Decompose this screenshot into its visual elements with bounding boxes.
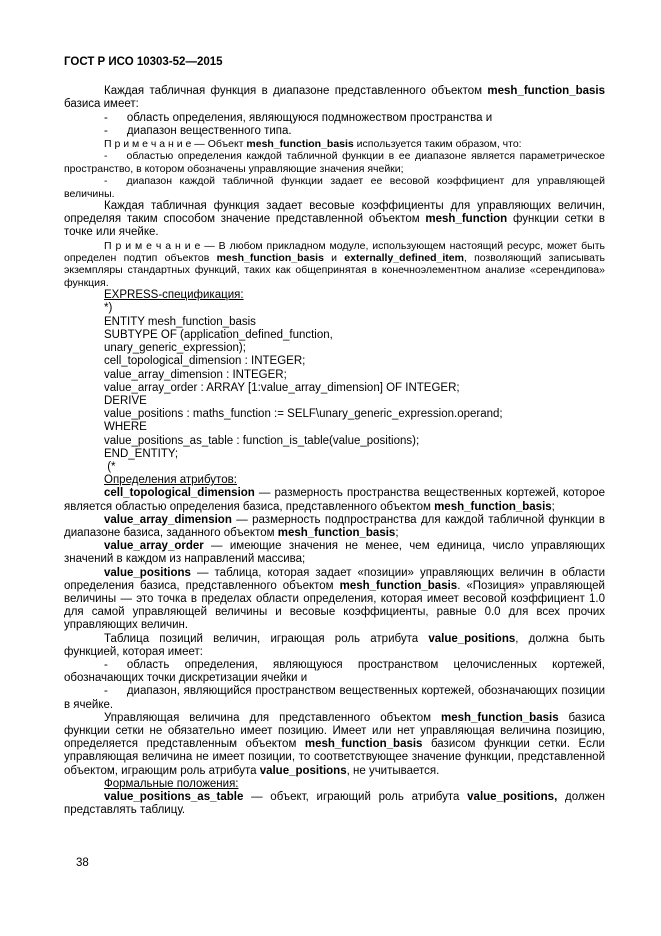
paragraph-control-value: Управляющая величина для представленного… — [64, 712, 605, 778]
paragraph-value-positions-table: Таблица позиций величин, играющая роль а… — [64, 633, 605, 659]
attr-name: value_positions — [260, 765, 347, 777]
note-1-lead: П р и м е ч а н и е — Объект mesh_functi… — [64, 138, 605, 150]
entity-ref: mesh_function_basis — [305, 738, 423, 750]
entity-ref: mesh_function_basis — [487, 85, 605, 97]
code-line: value_array_dimension : INTEGER; — [64, 369, 605, 382]
entity-ref: mesh_function_basis — [441, 712, 559, 724]
note-2: П р и м е ч а н и е — В любом прикладном… — [64, 240, 605, 290]
page-content: ГОСТ Р ИСО 10303-52—2015 Каждая таблична… — [64, 56, 605, 817]
code-line: ENTITY mesh_function_basis — [64, 316, 605, 329]
list-item: -диапазон, являющийся пространством веще… — [64, 685, 605, 711]
doc-header: ГОСТ Р ИСО 10303-52—2015 — [64, 56, 605, 69]
paragraph-1: Каждая табличная функция в диапазоне пре… — [64, 85, 605, 111]
attr-name: value_positions — [104, 567, 191, 579]
list-dash: - — [104, 112, 108, 124]
code-line: cell_topological_dimension : INTEGER; — [64, 355, 605, 368]
paragraph-2: Каждая табличная функция задает весовые … — [64, 200, 605, 240]
code-line: END_ENTITY; — [64, 448, 605, 461]
attr-def-value-array-dimension: value_array_dimension — размерность подп… — [64, 514, 605, 540]
attr-def-value-array-order: value_array_order — имеющие значения не … — [64, 540, 605, 566]
entity-ref: mesh_function_basis — [434, 501, 552, 513]
code-line: (* — [64, 461, 605, 474]
code-line: value_array_order : ARRAY [1:value_array… — [64, 382, 605, 395]
express-spec-heading: EXPRESS-спецификация: — [64, 289, 605, 302]
list-item: -область определения, являющуюся простра… — [64, 659, 605, 685]
formal-provision-value-positions-as-table: value_positions_as_table — объект, играю… — [64, 791, 605, 817]
list-dash: - — [104, 685, 108, 697]
code-line: SUBTYPE OF (application_defined_function… — [64, 329, 605, 342]
list-dash: - — [104, 175, 108, 187]
attr-name: value_positions — [428, 633, 515, 645]
page-number: 38 — [76, 857, 89, 869]
list-dash: - — [104, 659, 108, 671]
attr-name: value_positions, — [467, 791, 557, 803]
code-line: *) — [64, 302, 605, 315]
express-code-block: *) ENTITY mesh_function_basis SUBTYPE OF… — [64, 302, 605, 474]
entity-ref: mesh_function — [425, 213, 507, 225]
code-line: unary_generic_expression); — [64, 342, 605, 355]
attr-def-value-positions: value_positions — таблица, которая задае… — [64, 567, 605, 633]
code-line: value_positions : maths_function := SELF… — [64, 408, 605, 421]
formal-provisions-heading: Формальные положения: — [64, 778, 605, 791]
list-item: -область определения, являющуюся подмнож… — [64, 112, 605, 125]
entity-ref: mesh_function_basis — [340, 580, 458, 592]
code-line: DERIVE — [64, 395, 605, 408]
list-item: -диапазон вещественного типа. — [64, 125, 605, 138]
note-1-item: -областью определения каждой табличной ф… — [64, 150, 605, 175]
list-dash: - — [104, 125, 108, 137]
entity-ref: mesh_function_basis — [217, 252, 324, 264]
entity-ref: mesh_function_basis — [278, 527, 396, 539]
code-line: value_positions_as_table : function_is_t… — [64, 435, 605, 448]
attr-name: cell_topological_dimension — [104, 487, 255, 499]
attr-name: value_array_order — [104, 540, 204, 552]
attr-name: value_positions_as_table — [104, 791, 243, 803]
attr-name: value_array_dimension — [104, 514, 232, 526]
list-dash: - — [104, 150, 108, 162]
attr-definitions-heading: Определения атрибутов: — [64, 474, 605, 487]
code-line: WHERE — [64, 421, 605, 434]
note-1-item: -диапазон каждой табличной функции задае… — [64, 175, 605, 200]
attr-def-cell-topological-dimension: cell_topological_dimension — размерность… — [64, 487, 605, 513]
entity-ref: mesh_function_basis — [246, 138, 353, 150]
entity-ref: externally_defined_item — [344, 252, 464, 264]
